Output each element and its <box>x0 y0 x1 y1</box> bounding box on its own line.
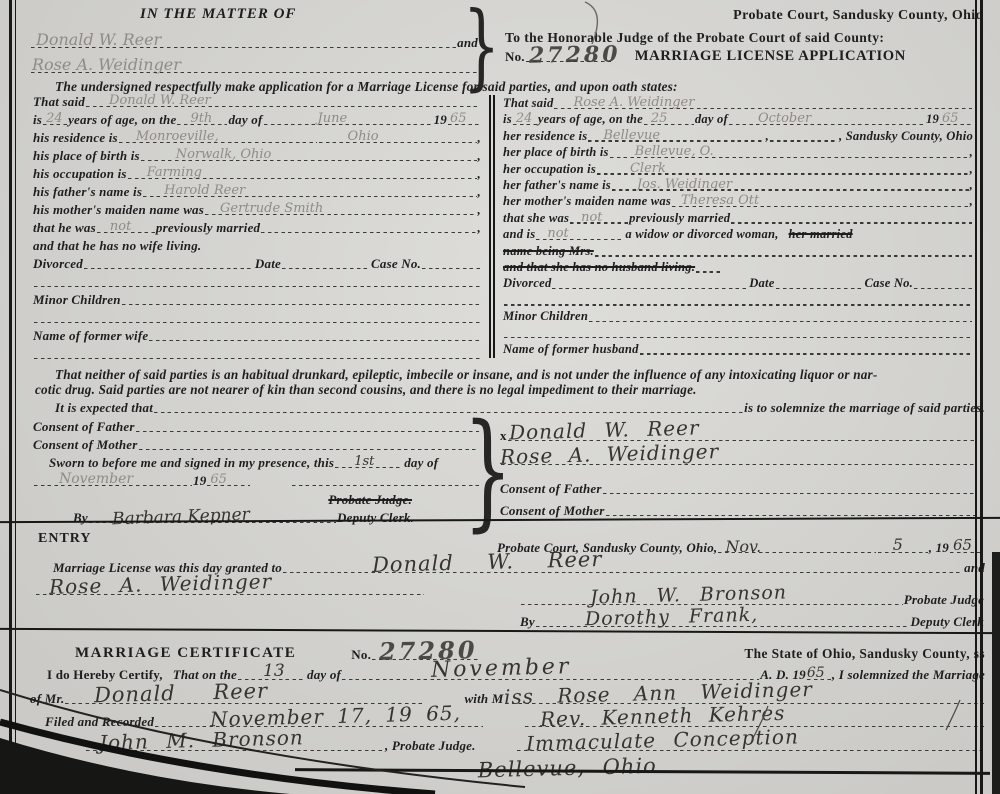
label: By <box>520 614 535 629</box>
groom-column: That said Donald W. Reer is 24 years of … <box>33 94 481 364</box>
fill-line: Gertrude Smith <box>204 202 478 217</box>
label: that she was <box>503 211 569 226</box>
oath-line1: That neither of said parties is an habit… <box>35 367 987 382</box>
fill-line <box>588 309 973 324</box>
center-divider-line <box>489 95 491 358</box>
groom-occupation-row: his occupation is Farming , <box>33 166 481 181</box>
label: his mother's maiden name was <box>33 202 204 217</box>
struck-text: name being Mrs. <box>503 244 594 259</box>
fill-line: 5 <box>877 540 929 555</box>
fill-line <box>121 292 481 307</box>
oath-paragraph: That neither of said parties is an habit… <box>35 367 987 397</box>
bride-column: That said Rose A. Weidinger is 24 years … <box>503 96 973 358</box>
label: day of <box>228 112 262 127</box>
comma: , <box>478 148 481 163</box>
fill-line: Nov. <box>717 540 876 555</box>
label: years of age, on the <box>538 112 643 127</box>
fill-line: Farming <box>127 166 478 181</box>
hw-sworn-day: 1st <box>354 454 374 469</box>
fill-line: Clerk <box>596 162 970 177</box>
fill-line: Ohio <box>318 130 478 145</box>
groom-previously-married-row: that he was not previously married , <box>33 220 481 235</box>
hw-sworn-month: November <box>59 471 133 487</box>
groom-divorced-row: Divorced Date Case No. <box>33 256 481 271</box>
certificate-title: MARRIAGE CERTIFICATE <box>75 645 296 662</box>
label: 19 <box>193 473 206 488</box>
hw-father-name: Jos. Weidinger <box>637 177 732 192</box>
fill-line: November 17, 19 65, <box>154 714 484 729</box>
groom-minor-children-row: Minor Children <box>33 292 481 307</box>
label: years of age, on the <box>68 112 176 127</box>
label: previously married <box>156 220 260 235</box>
comma: , <box>970 145 973 160</box>
fill-line: Immaculate Conception <box>516 738 985 753</box>
label: By <box>73 510 88 525</box>
comma: , <box>970 162 973 177</box>
header-block: Probate Court, Sandusky County, Ohio To … <box>505 8 983 64</box>
consent-mother-row2: Consent of Mother <box>500 503 978 518</box>
label: that he was <box>33 220 96 235</box>
hw-church-place: Bellevue, Ohio <box>477 754 657 794</box>
fill-line: 9th <box>176 112 228 127</box>
court-name: Probate Court, Sandusky County, Ohio <box>505 8 983 24</box>
fill-line: 65 <box>447 112 481 127</box>
hw-entry-day: 5 <box>893 535 903 554</box>
fill-line: Barbara Kepner <box>88 510 337 525</box>
label: Filed and Recorded <box>45 714 154 729</box>
label: Sworn to before me and signed in my pres… <box>33 455 334 470</box>
state-ss-line: The State of Ohio, Sandusky County, ss <box>744 646 985 662</box>
bride-residence-row: her residence is Bellevue , , Sandusky C… <box>503 129 973 144</box>
label: his father's name is <box>33 184 142 199</box>
signatures-block: x Donald W. Reer Rose A. Weidinger Conse… <box>500 421 978 518</box>
label: That said <box>33 94 85 109</box>
hw-mother-name: Theresa Ott <box>681 193 759 208</box>
comma: , <box>970 178 973 193</box>
label: and is <box>503 227 535 242</box>
probate-judge-struck-row: Probate Judge. <box>33 492 480 507</box>
fill-line <box>33 310 481 325</box>
fill-line <box>260 220 477 235</box>
label: her father's name is <box>503 178 611 193</box>
fill-line <box>138 437 480 452</box>
right-border-line-thin <box>975 0 977 794</box>
bride-divorced-row: Divorced Date Case No. <box>503 276 973 291</box>
fill-line <box>291 473 480 488</box>
comma: , <box>478 184 481 199</box>
bride-father-row: her father's name is Jos. Weidinger , <box>503 178 973 193</box>
fill-line <box>639 342 973 357</box>
hw-age: 24 <box>516 111 533 126</box>
hw-age: 24 <box>46 111 63 126</box>
label: It is expected that <box>35 400 153 415</box>
label: That said <box>503 96 553 111</box>
bride-mrs-row: name being Mrs. <box>503 244 973 259</box>
hw-cert-groom-name: Donald Reer <box>94 679 269 708</box>
label: Consent of Mother <box>500 503 605 518</box>
matter-name1-row: Donald W. Reer and <box>30 35 478 50</box>
fill-line: Donald W. Reer <box>282 560 964 575</box>
fill-line: November <box>33 473 193 488</box>
fill-line: Donald W. Reer <box>85 94 481 109</box>
groom-name-row: That said Donald W. Reer <box>33 94 481 109</box>
fill-line <box>148 328 481 343</box>
label: Consent of Mother <box>33 437 138 452</box>
groom-no-wife-row: and that he has no wife living. <box>33 238 481 253</box>
hw-birthplace: Norwalk, Ohio <box>176 147 272 162</box>
blank-line <box>33 346 481 361</box>
groom-mother-row: his mother's maiden name was Gertrude Sm… <box>33 202 481 217</box>
hw-birthplace: Bellevue, O. <box>635 144 714 159</box>
blank-line <box>33 274 481 289</box>
fill-line: Bellevue, O. <box>609 145 970 160</box>
entry-title: ENTRY <box>38 531 92 547</box>
hw-cert-month: November <box>431 654 572 683</box>
hw-residence: Bellevue <box>603 128 660 143</box>
label: is <box>33 112 42 127</box>
fill-line: 65 <box>206 473 251 488</box>
consent-father-row2: Consent of Father <box>500 481 978 496</box>
hw-month: June <box>318 111 348 126</box>
sworn-row: Sworn to before me and signed in my pres… <box>33 455 480 470</box>
label: Consent of Father <box>500 481 602 496</box>
comma: , <box>478 166 481 181</box>
fill-line: Rose A. Weidinger <box>553 96 973 111</box>
right-border-line <box>980 0 983 794</box>
fill-line <box>695 260 721 275</box>
entry-bride-row: Rose A. Weidinger <box>35 582 425 597</box>
struck-text: and that she has no husband living. <box>503 260 695 275</box>
hw-residence-state: Ohio <box>348 129 379 144</box>
hw-groom-name: Donald W. Reer <box>109 93 211 108</box>
groom-former-wife-row: Name of former wife <box>33 328 481 343</box>
fill-line: 65 <box>939 112 973 127</box>
fill-line: October <box>728 112 926 127</box>
label: , 19 <box>929 540 949 555</box>
label: with M <box>464 691 503 706</box>
case-number-line: 27280 <box>525 49 615 64</box>
fill-line: Harold Reer <box>142 184 477 199</box>
hw-father-name: Harold Reer <box>164 183 245 198</box>
fill-line <box>33 346 481 361</box>
fill-line: not <box>96 220 156 235</box>
fill-line <box>83 256 255 271</box>
fill-line: June <box>263 112 434 127</box>
comma: , <box>478 202 481 217</box>
label: Case No. <box>865 276 913 291</box>
hw-day: 9th <box>190 111 212 126</box>
groom-residence-row: his residence is Monroeville, Ohio , <box>33 130 481 145</box>
fill-line: 24 <box>512 112 538 127</box>
fill-line: John M. Bronson <box>85 738 385 753</box>
bride-occupation-row: her occupation is Clerk , <box>503 162 973 177</box>
label: Consent of Father <box>33 419 135 434</box>
hw-bride-name: Rose A. Weidinger <box>573 95 694 110</box>
label: 19 <box>434 112 447 127</box>
label: Name of former husband <box>503 342 639 357</box>
fill-line <box>503 293 973 308</box>
label: is to solemnize the marriage of said par… <box>744 400 985 415</box>
label: Divorced <box>33 256 83 271</box>
blank-line <box>503 293 973 308</box>
comma: , <box>478 220 481 235</box>
application-title-row: No. 27280 MARRIAGE LICENSE APPLICATION <box>505 49 983 64</box>
fill-line <box>153 400 744 415</box>
label: , I solemnized the Marriage <box>832 667 985 682</box>
fill-line: Rose A. Weidinger <box>35 582 425 597</box>
hw-deputy-signature: Barbara Kepner <box>112 505 250 530</box>
fill-line <box>775 276 865 291</box>
bride-previously-married-row: that she was not previously married <box>503 211 973 226</box>
label: Deputy Clerk. <box>337 510 414 525</box>
label: day of <box>307 667 341 682</box>
fill-line: not <box>569 211 629 226</box>
label: a widow or divorced woman, <box>625 227 778 242</box>
no-label: No. <box>351 647 371 662</box>
fill-line <box>594 244 973 259</box>
label: her mother's maiden name was <box>503 194 671 209</box>
handwritten-bride-name: Rose A. Weidinger <box>32 55 181 74</box>
signature-line: Donald W. Reer <box>507 428 978 443</box>
hw-month: October <box>758 111 811 126</box>
label: 19 <box>926 112 939 127</box>
fill-line <box>605 503 978 518</box>
fill-line: Bellevue <box>587 129 765 144</box>
hw-occupation: Clerk <box>630 161 666 176</box>
fill-line <box>551 276 749 291</box>
hw-year: 65 <box>942 111 959 126</box>
left-border-line <box>9 0 12 794</box>
label: Name of former wife <box>33 328 148 343</box>
cert-names-row: of Mr. Donald Reer with M iss Rose Ann W… <box>30 691 985 706</box>
label: Case No. <box>371 256 421 271</box>
groom-birth-row: his place of birth is Norwalk, Ohio , <box>33 148 481 163</box>
label: Date <box>749 276 774 291</box>
fill-line: Donald W. Reer <box>30 35 457 50</box>
fill-line <box>769 129 839 144</box>
label: Probate Judge <box>904 592 984 607</box>
bride-no-husband-row: and that she has no husband living. <box>503 260 973 275</box>
label: her residence is <box>503 129 587 144</box>
hw-prev-married: not <box>581 210 602 225</box>
fill-line: Monroeville, <box>118 130 318 145</box>
label: of Mr. <box>30 691 64 706</box>
fill-line: Rose A. Weidinger <box>30 60 478 75</box>
scanned-marriage-license-document: IN THE MATTER OF Donald W. Reer and Rose… <box>0 0 1000 794</box>
label: his residence is <box>33 130 118 145</box>
fill-line: 1st <box>334 455 404 470</box>
bride-widow-row: and is not a widow or divorced woman, he… <box>503 227 973 242</box>
fill-line: Dorothy Frank, <box>535 614 911 629</box>
fill-line: 65 <box>949 540 983 555</box>
hw-sworn-year: 65 <box>210 472 227 487</box>
fill-line: Norwalk, Ohio <box>140 148 478 163</box>
consent-father-row: Consent of Father <box>33 419 480 434</box>
fill-line <box>602 481 978 496</box>
label: I do Hereby Certify, <box>35 667 163 682</box>
hw-entry-bride-name: Rose A. Weidinger <box>49 569 273 599</box>
bride-mother-row: her mother's maiden name was Theresa Ott… <box>503 194 973 209</box>
hw-prev-married: not <box>110 219 131 234</box>
blank-line <box>503 325 973 340</box>
fill-line: Jos. Weidinger <box>611 178 970 193</box>
label: Minor Children <box>503 309 588 324</box>
label: Minor Children <box>33 292 121 307</box>
fill-line <box>913 276 973 291</box>
fill-line <box>281 256 371 271</box>
fill-line <box>503 325 973 340</box>
groom-father-row: his father's name is Harold Reer , <box>33 184 481 199</box>
hw-widow: not <box>547 226 568 241</box>
intro-line: The undersigned respectfully make applic… <box>35 79 985 94</box>
hw-year: 65 <box>450 111 467 126</box>
matter-name2-row: Rose A. Weidinger <box>30 60 478 75</box>
label: , Sandusky County, Ohio <box>839 129 973 144</box>
label: is <box>503 112 512 127</box>
case-number-stamp: 27280 <box>529 41 621 69</box>
hw-entry-year: 65 <box>953 536 972 554</box>
fill-line <box>421 256 481 271</box>
left-border-line-thin <box>15 0 16 794</box>
struck-probate-judge: Probate Judge. <box>328 492 412 507</box>
hw-cert-judge-signature: John M. Bronson <box>99 725 304 754</box>
hw-entry-month: Nov. <box>725 537 761 556</box>
x-mark: x <box>500 428 507 443</box>
hw-bride-signature: Rose A. Weidinger <box>500 439 720 469</box>
sworn-date-row: November 19 65 <box>33 473 480 488</box>
bride-minor-children-row: Minor Children <box>503 309 973 324</box>
fill-line: 25 <box>643 112 695 127</box>
fill-line <box>33 274 481 289</box>
oath-line2: cotic drug. Said parties are not nearer … <box>35 382 987 397</box>
fill-line: 24 <box>42 112 68 127</box>
label: Divorced <box>503 276 551 291</box>
label: his place of birth is <box>33 148 140 163</box>
struck-text: her married <box>789 227 853 242</box>
label: day of <box>695 112 728 127</box>
bride-signature-row: Rose A. Weidinger <box>500 445 978 467</box>
fill-line <box>730 211 973 226</box>
matter-title: IN THE MATTER OF <box>140 6 478 23</box>
no-label: No. <box>505 49 525 64</box>
bride-birth-row: her place of birth is Bellevue, O. , <box>503 145 973 160</box>
cert-judge-row: John M. Bronson , Probate Judge. Immacul… <box>45 738 985 753</box>
hw-residence: Monroeville, <box>136 129 219 144</box>
hw-occupation: Farming <box>147 165 202 180</box>
label: and that he has no wife living. <box>33 238 201 253</box>
deputy-clerk-row: By Barbara Kepner Deputy Clerk. <box>33 510 480 525</box>
fill-line: Theresa Ott <box>671 194 970 209</box>
label: , Probate Judge. <box>385 738 476 753</box>
blank-line <box>33 310 481 325</box>
bride-former-husband-row: Name of former husband <box>503 342 973 357</box>
entry-clerk-row: By Dorothy Frank, Deputy Clerk <box>520 614 984 629</box>
signature-line: Rose A. Weidinger <box>500 452 978 467</box>
label: her place of birth is <box>503 145 609 160</box>
bride-age-row: is 24 years of age, on the 25 day of Oct… <box>503 112 973 127</box>
hw-day: 25 <box>651 111 668 126</box>
label: his occupation is <box>33 166 127 181</box>
label: day of <box>404 455 438 470</box>
handwritten-groom-name: Donald W. Reer <box>36 30 161 49</box>
groom-age-row: is 24 years of age, on the 9th day of Ju… <box>33 112 481 127</box>
groom-signature-row: x Donald W. Reer <box>500 421 978 443</box>
hw-mother-name: Gertrude Smith <box>220 201 323 216</box>
filed-row: Filed and Recorded November 17, 19 65, R… <box>45 714 985 729</box>
label: Date <box>255 256 281 271</box>
certify-row: I do Hereby Certify, That on the 13 day … <box>35 667 985 682</box>
label: Deputy Clerk <box>910 614 984 629</box>
matter-block: IN THE MATTER OF Donald W. Reer and Rose… <box>30 6 478 75</box>
hw-entry-groom-name: Donald W. Reer <box>372 547 603 577</box>
fill-line: not <box>535 227 625 242</box>
label: previously married <box>629 211 730 226</box>
oath-left-block: Consent of Father Consent of Mother Swor… <box>33 419 480 528</box>
fill-line <box>135 419 480 434</box>
hw-entry-clerk-signature: Dorothy Frank, <box>585 604 759 631</box>
application-title: MARRIAGE LICENSE APPLICATION <box>635 49 906 64</box>
label: her occupation is <box>503 162 596 177</box>
right-edge-scan-strip <box>992 552 1000 794</box>
center-divider-line <box>493 95 495 358</box>
consent-mother-row: Consent of Mother <box>33 437 480 452</box>
bride-name-row: That said Rose A. Weidinger <box>503 96 973 111</box>
comma: , <box>970 194 973 209</box>
comma: , <box>478 130 481 145</box>
